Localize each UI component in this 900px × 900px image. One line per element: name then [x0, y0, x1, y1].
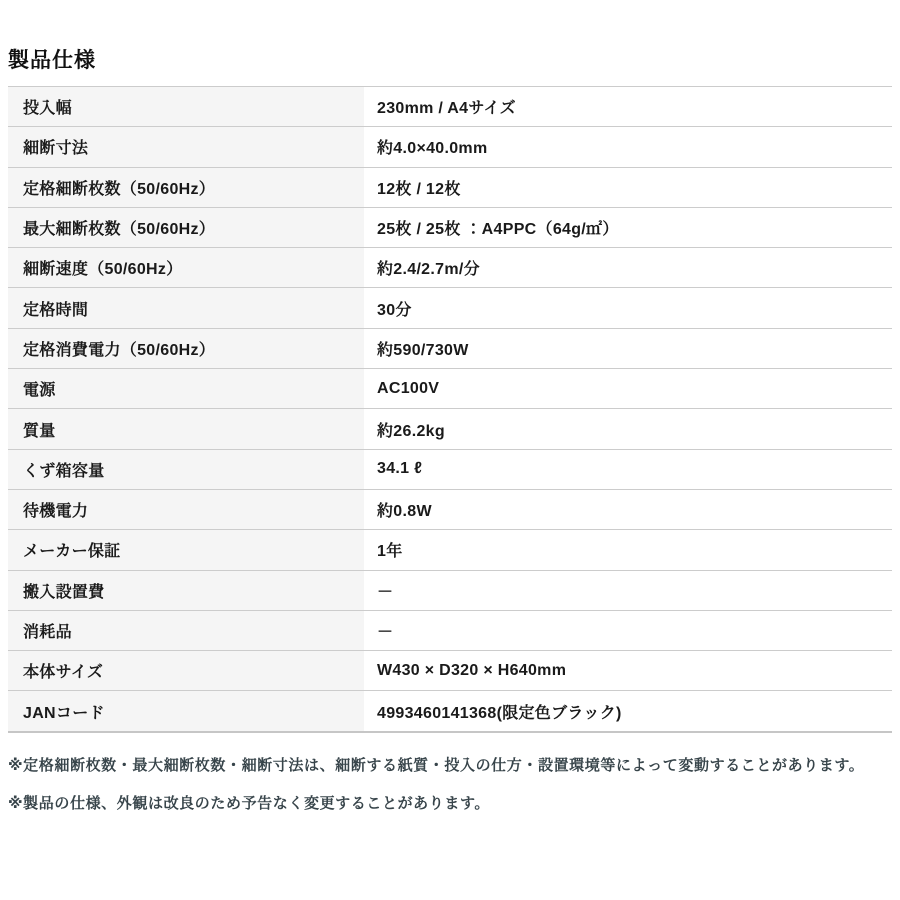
spec-label: 定格消費電力（50/60Hz） — [8, 329, 364, 368]
spec-row: 消耗品－ — [8, 610, 892, 650]
spec-value: 約26.2kg — [364, 409, 892, 448]
spec-label: メーカー保証 — [8, 530, 364, 569]
spec-value: 約2.4/2.7m/分 — [364, 248, 892, 287]
spec-value: AC100V — [364, 369, 892, 408]
spec-row: 投入幅230mm / A4サイズ — [8, 86, 892, 126]
spec-label: 定格時間 — [8, 288, 364, 327]
spec-value: － — [364, 571, 892, 610]
spec-row: 質量約26.2kg — [8, 408, 892, 448]
spec-row: 細断速度（50/60Hz）約2.4/2.7m/分 — [8, 247, 892, 287]
spec-row: メーカー保証1年 — [8, 529, 892, 569]
spec-value: 30分 — [364, 288, 892, 327]
spec-row: 細断寸法約4.0×40.0mm — [8, 126, 892, 166]
footnotes: ※定格細断枚数・最大細断枚数・細断寸法は、細断する紙質・投入の仕方・設置環境等に… — [8, 750, 892, 820]
spec-value: 34.1 ℓ — [364, 450, 892, 489]
spec-label: 定格細断枚数（50/60Hz） — [8, 168, 364, 207]
spec-row: 定格時間30分 — [8, 287, 892, 327]
spec-label: くず箱容量 — [8, 450, 364, 489]
spec-label: 電源 — [8, 369, 364, 408]
spec-row: 待機電力約0.8W — [8, 489, 892, 529]
spec-row: 定格消費電力（50/60Hz）約590/730W — [8, 328, 892, 368]
spec-value: 4993460141368(限定色ブラック) — [364, 691, 892, 730]
spec-value: 約590/730W — [364, 329, 892, 368]
footnote: ※製品の仕様、外観は改良のため予告なく変更することがあります。 — [8, 788, 892, 820]
spec-label: JANコード — [8, 691, 364, 730]
spec-value: 25枚 / 25枚 ：A4PPC（64g/㎡） — [364, 208, 892, 247]
spec-label: 待機電力 — [8, 490, 364, 529]
footnote: ※定格細断枚数・最大細断枚数・細断寸法は、細断する紙質・投入の仕方・設置環境等に… — [8, 750, 892, 782]
spec-row: 定格細断枚数（50/60Hz）12枚 / 12枚 — [8, 167, 892, 207]
spec-label: 質量 — [8, 409, 364, 448]
spec-label: 消耗品 — [8, 611, 364, 650]
spec-row: くず箱容量34.1 ℓ — [8, 449, 892, 489]
spec-label: 搬入設置費 — [8, 571, 364, 610]
spec-label: 本体サイズ — [8, 651, 364, 690]
spec-table-body: 投入幅230mm / A4サイズ細断寸法約4.0×40.0mm定格細断枚数（50… — [8, 86, 892, 731]
spec-row: 電源AC100V — [8, 368, 892, 408]
spec-label: 細断寸法 — [8, 127, 364, 166]
spec-row: 最大細断枚数（50/60Hz）25枚 / 25枚 ：A4PPC（64g/㎡） — [8, 207, 892, 247]
spec-value: － — [364, 611, 892, 650]
spec-table: 投入幅230mm / A4サイズ細断寸法約4.0×40.0mm定格細断枚数（50… — [8, 86, 892, 733]
product-spec-page: 製品仕様 投入幅230mm / A4サイズ細断寸法約4.0×40.0mm定格細断… — [0, 44, 900, 820]
spec-label: 最大細断枚数（50/60Hz） — [8, 208, 364, 247]
spec-label: 投入幅 — [8, 87, 364, 126]
spec-value: 230mm / A4サイズ — [364, 87, 892, 126]
spec-value: W430 × D320 × H640mm — [364, 651, 892, 690]
spec-value: 約4.0×40.0mm — [364, 127, 892, 166]
spec-row: 搬入設置費－ — [8, 570, 892, 610]
spec-row: JANコード4993460141368(限定色ブラック) — [8, 690, 892, 730]
spec-row: 本体サイズW430 × D320 × H640mm — [8, 650, 892, 690]
spec-value: 12枚 / 12枚 — [364, 168, 892, 207]
spec-value: 1年 — [364, 530, 892, 569]
spec-label: 細断速度（50/60Hz） — [8, 248, 364, 287]
page-title: 製品仕様 — [8, 44, 892, 74]
spec-value: 約0.8W — [364, 490, 892, 529]
